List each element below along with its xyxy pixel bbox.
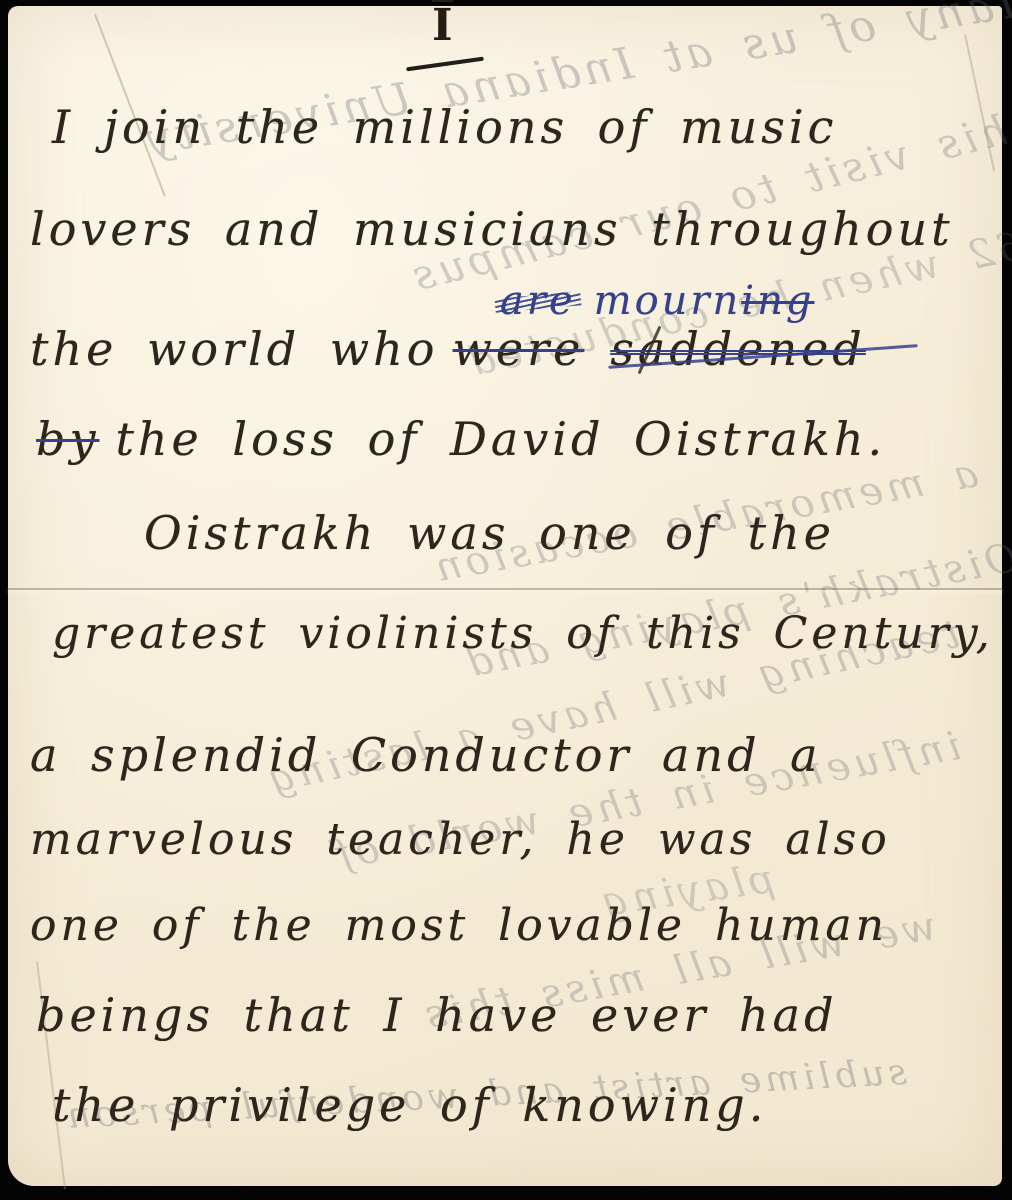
handwritten-line: Oistrakh was one of the (144, 506, 835, 560)
letter-paper: Many of us at Indiana University recall … (8, 6, 1002, 1186)
handwritten-line: greatest violinists of this Century, (52, 608, 994, 659)
handwritten-line: a splendid Conductor and a (30, 728, 822, 782)
page-number: I (432, 0, 453, 48)
fold-crease-horizontal (8, 588, 1002, 590)
line4-struck-by: by (36, 412, 99, 466)
correction-kept-word: mourn (594, 278, 742, 324)
handwritten-line: the world whoweresaddened (30, 322, 866, 376)
handwritten-line: one of the most lovable human (30, 900, 888, 951)
handwritten-line: marvelous teacher, he was also (30, 814, 891, 865)
correction-struck-suffix: ing (741, 278, 814, 324)
line3-pre: the world who (30, 322, 439, 376)
handwritten-line: lovers and musicians throughout (30, 202, 954, 256)
interlinear-correction: aremourning (500, 278, 814, 324)
handwritten-line: the privilege of knowing. (52, 1078, 767, 1132)
scanned-letter-page: Many of us at Indiana University recall … (0, 0, 1012, 1200)
correction-struck-word: are (500, 278, 576, 324)
line3-struck-were: were (453, 322, 585, 376)
line4-rest: the loss of David Oistrakh. (115, 412, 886, 466)
handwritten-line: beings that I have ever had (36, 988, 838, 1042)
handwritten-line: I join the millions of music (52, 100, 837, 154)
handwritten-line: bythe loss of David Oistrakh. (36, 412, 886, 466)
